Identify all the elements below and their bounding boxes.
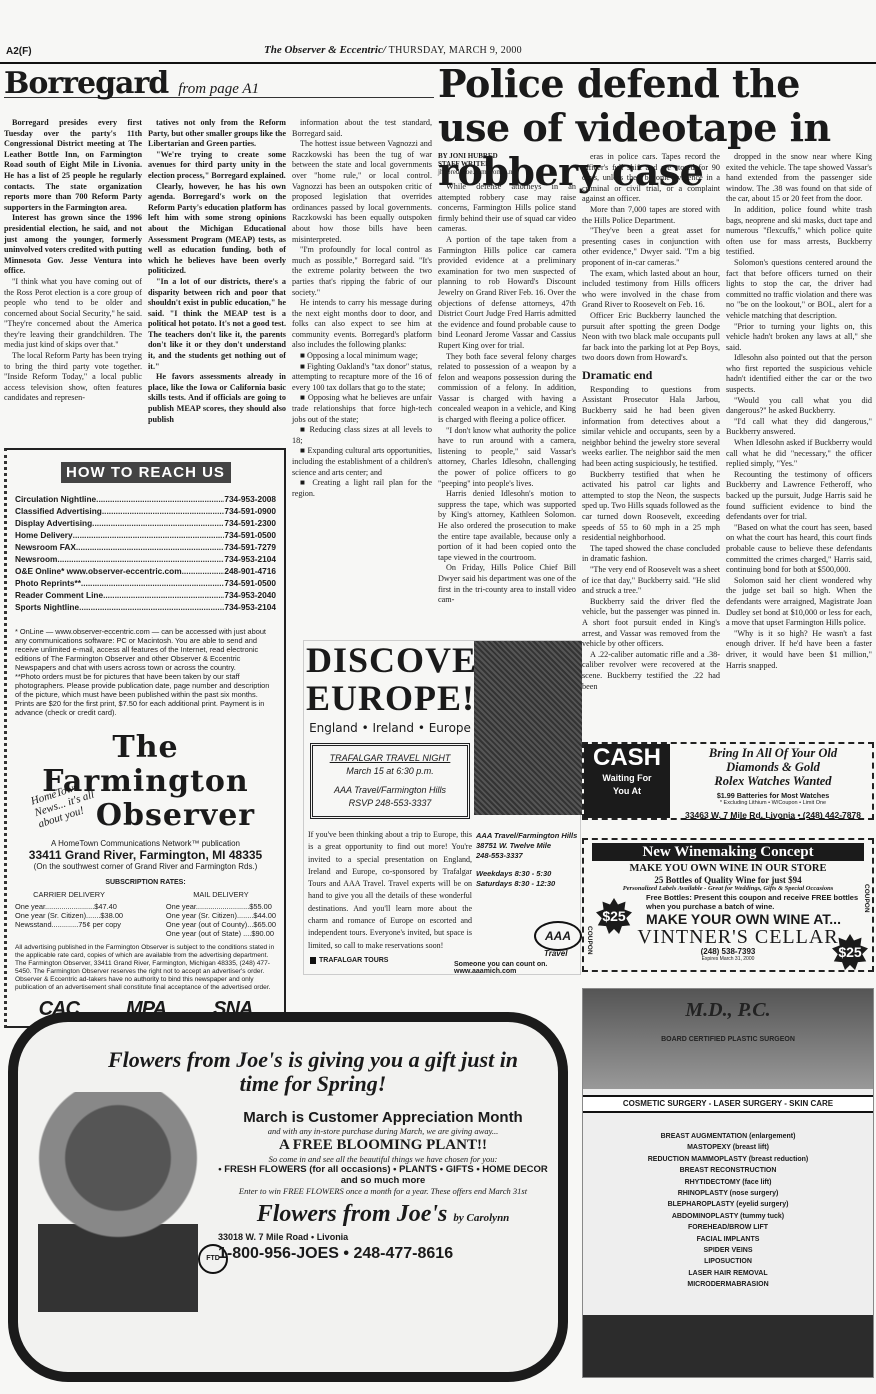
ad-cash-jewelry[interactable]: CASH Waiting For You At Bring In All Of … bbox=[582, 742, 874, 820]
vintners-logo: VINTNER'S CELLAR bbox=[604, 927, 872, 947]
contact-row: O&E Online* www.observer-eccentric.com24… bbox=[15, 565, 276, 577]
europe-photo bbox=[474, 641, 582, 815]
byline: BY JONI HUBRED STAFF WRITER jhubred@oe.h… bbox=[438, 152, 576, 176]
borregard-col-3: information about the test standard, Bor… bbox=[292, 118, 432, 499]
ad-plastic-surgeon[interactable]: M.D., P.C. BOARD CERTIFIED PLASTIC SURGE… bbox=[582, 988, 874, 1378]
flower-pot-illustration bbox=[38, 1092, 198, 1312]
ad-discover-europe[interactable]: DISCOVER EUROPE! England • Ireland • Eur… bbox=[303, 640, 581, 975]
contact-list: Circulation Nightline734-953-2008 Classi… bbox=[15, 493, 276, 613]
jump-line: from page A1 bbox=[178, 81, 259, 97]
borregard-headline: Borregardfrom page A1 bbox=[4, 66, 434, 98]
contact-row: Reader Comment Line734-953-2040 bbox=[15, 589, 276, 601]
contact-row: Home Delivery734-591-0500 bbox=[15, 529, 276, 541]
how-to-reach-title: HOW TO REACH US bbox=[61, 462, 231, 483]
services-list: BREAST AUGMENTATION (enlargement) MASTOP… bbox=[583, 1131, 873, 1291]
how-to-reach-us-box: HOW TO REACH US Circulation Nightline734… bbox=[4, 448, 286, 1028]
contact-row: Classified Advertising734-591-0900 bbox=[15, 505, 276, 517]
dramatic-end-subhead: Dramatic end bbox=[582, 368, 720, 383]
issue-date: THURSDAY, MARCH 9, 2000 bbox=[389, 45, 522, 56]
contact-row: Newsroom734-953-2104 bbox=[15, 553, 276, 565]
borregard-col-2: tatives not only from the Reform Party, … bbox=[148, 118, 286, 425]
ad-flowers-from-joes[interactable]: Flowers from Joe's is giving you a gift … bbox=[8, 1012, 568, 1382]
contact-row: Circulation Nightline734-953-2008 bbox=[15, 493, 276, 505]
page-number: A2(F) bbox=[6, 46, 32, 57]
subscription-rates: CARRIER DELIVERY One year...............… bbox=[15, 890, 276, 938]
mail-delivery: MAIL DELIVERY One year..................… bbox=[166, 890, 276, 938]
online-note: * OnLine — www.observer-eccentric.com — … bbox=[15, 627, 276, 672]
author-email[interactable]: jhubred@oe.homecomm.net bbox=[438, 168, 576, 176]
contact-row: Sports Nightline734-953-2104 bbox=[15, 601, 276, 613]
travel-night-box: Trafalgar Travel Night March 15 at 6:30 … bbox=[310, 743, 470, 819]
flowers-brand: Flowers from Joe's by Carolynn bbox=[218, 1200, 548, 1232]
contact-row: Photo Reprints**734-591-0500 bbox=[15, 577, 276, 589]
contact-row: Display Advertising734-591-2300 bbox=[15, 517, 276, 529]
aaa-office-info: AAA Travel/Farmington Hills 38751 W. Twe… bbox=[476, 831, 582, 889]
police-col-1: BY JONI HUBRED STAFF WRITER jhubred@oe.h… bbox=[438, 152, 576, 606]
contact-row: Newsroom FAX734-591-7279 bbox=[15, 541, 276, 553]
trafalgar-logo: TRAFALGAR TOURS bbox=[310, 957, 388, 964]
paper-title: The Observer & Eccentric/ THURSDAY, MARC… bbox=[264, 44, 522, 56]
police-col-3: dropped in the snow near where King exit… bbox=[726, 152, 872, 671]
aaa-logo: AAA bbox=[534, 921, 582, 951]
office-address: 33411 Grand River, Farmington, MI 48335 bbox=[15, 848, 276, 862]
police-col-2: eras in police cars. Tapes record the of… bbox=[582, 152, 720, 692]
photo-note: **Photo orders must be for pictures that… bbox=[15, 672, 276, 717]
advertising-legal: All advertising published in the Farming… bbox=[15, 944, 276, 992]
observer-logo: The Farmington Observer HomeTown News...… bbox=[15, 731, 276, 833]
carrier-delivery: CARRIER DELIVERY One year...............… bbox=[15, 890, 123, 938]
ad-vintners-cellar[interactable]: New Winemaking Concept MAKE YOU OWN WINE… bbox=[582, 838, 874, 972]
borregard-col-1: Borregard presides every first Tuesday o… bbox=[4, 118, 142, 404]
surgeon-footer-band bbox=[583, 1315, 873, 1377]
